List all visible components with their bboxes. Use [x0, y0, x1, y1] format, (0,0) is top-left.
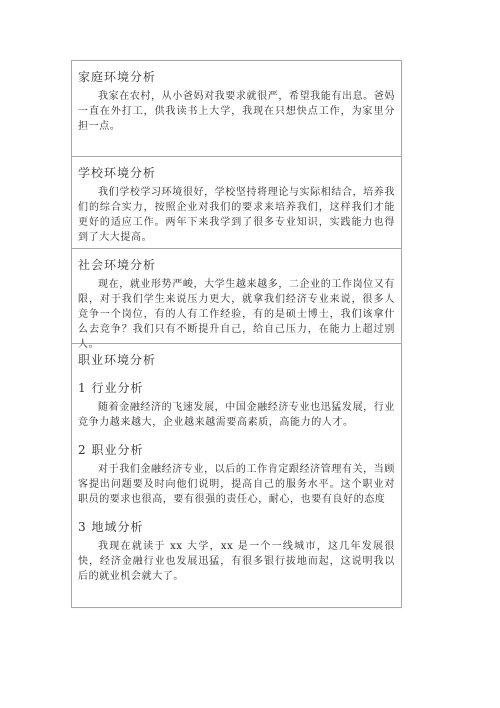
section-body: 我家在农村，从小爸妈对我要求就很严，希望我能有出息。爸妈一直在外打工，供我读书上… — [78, 89, 395, 134]
family-environment-section: 家庭环境分析 我家在农村，从小爸妈对我要求就很严，希望我能有出息。爸妈一直在外打… — [72, 61, 401, 156]
industry-analysis-body: 随着金融经济的飞速发展，中国金融经济专业也迅猛发展，行业竞争力越来越大，企业越来… — [78, 400, 395, 430]
regional-analysis-heading: 3 地域分析 — [78, 519, 395, 535]
section-heading: 家庭环境分析 — [78, 69, 395, 85]
analysis-table: 家庭环境分析 我家在农村，从小爸妈对我要求就很严，希望我能有出息。爸妈一直在外打… — [71, 60, 402, 608]
social-environment-section: 社会环境分析 现在，就业形势严峻，大学生越来越多，二企业的工作岗位又有限，对于我… — [72, 248, 401, 343]
career-environment-section: 职业环境分析 1 行业分析 随着金融经济的飞速发展，中国金融经济专业也迅猛发展，… — [72, 343, 401, 607]
occupation-analysis-heading: 2 职业分析 — [78, 442, 395, 458]
section-heading: 学校环境分析 — [78, 165, 395, 181]
section-body: 现在，就业形势严峻，大学生越来越多，二企业的工作岗位又有限，对于我们学生来说压力… — [78, 277, 395, 352]
regional-analysis-body: 我现在就读于 xx 大学，xx 是一个一线城市，这几年发展很快，经济金融行业也发… — [78, 539, 395, 584]
school-environment-section: 学校环境分析 我们学校学习环境很好，学校坚持将理论与实际相结合，培养我们的综合实… — [72, 156, 401, 248]
industry-analysis-heading: 1 行业分析 — [78, 380, 395, 396]
section-heading: 职业环境分析 — [78, 352, 395, 368]
section-heading: 社会环境分析 — [78, 257, 395, 273]
occupation-analysis-body: 对于我们金融经济专业，以后的工作肯定跟经济管理有关，当顾客提出问题要及时向他们说… — [78, 462, 395, 507]
section-body: 我们学校学习环境很好，学校坚持将理论与实际相结合，培养我们的综合实力，按照企业对… — [78, 185, 395, 245]
